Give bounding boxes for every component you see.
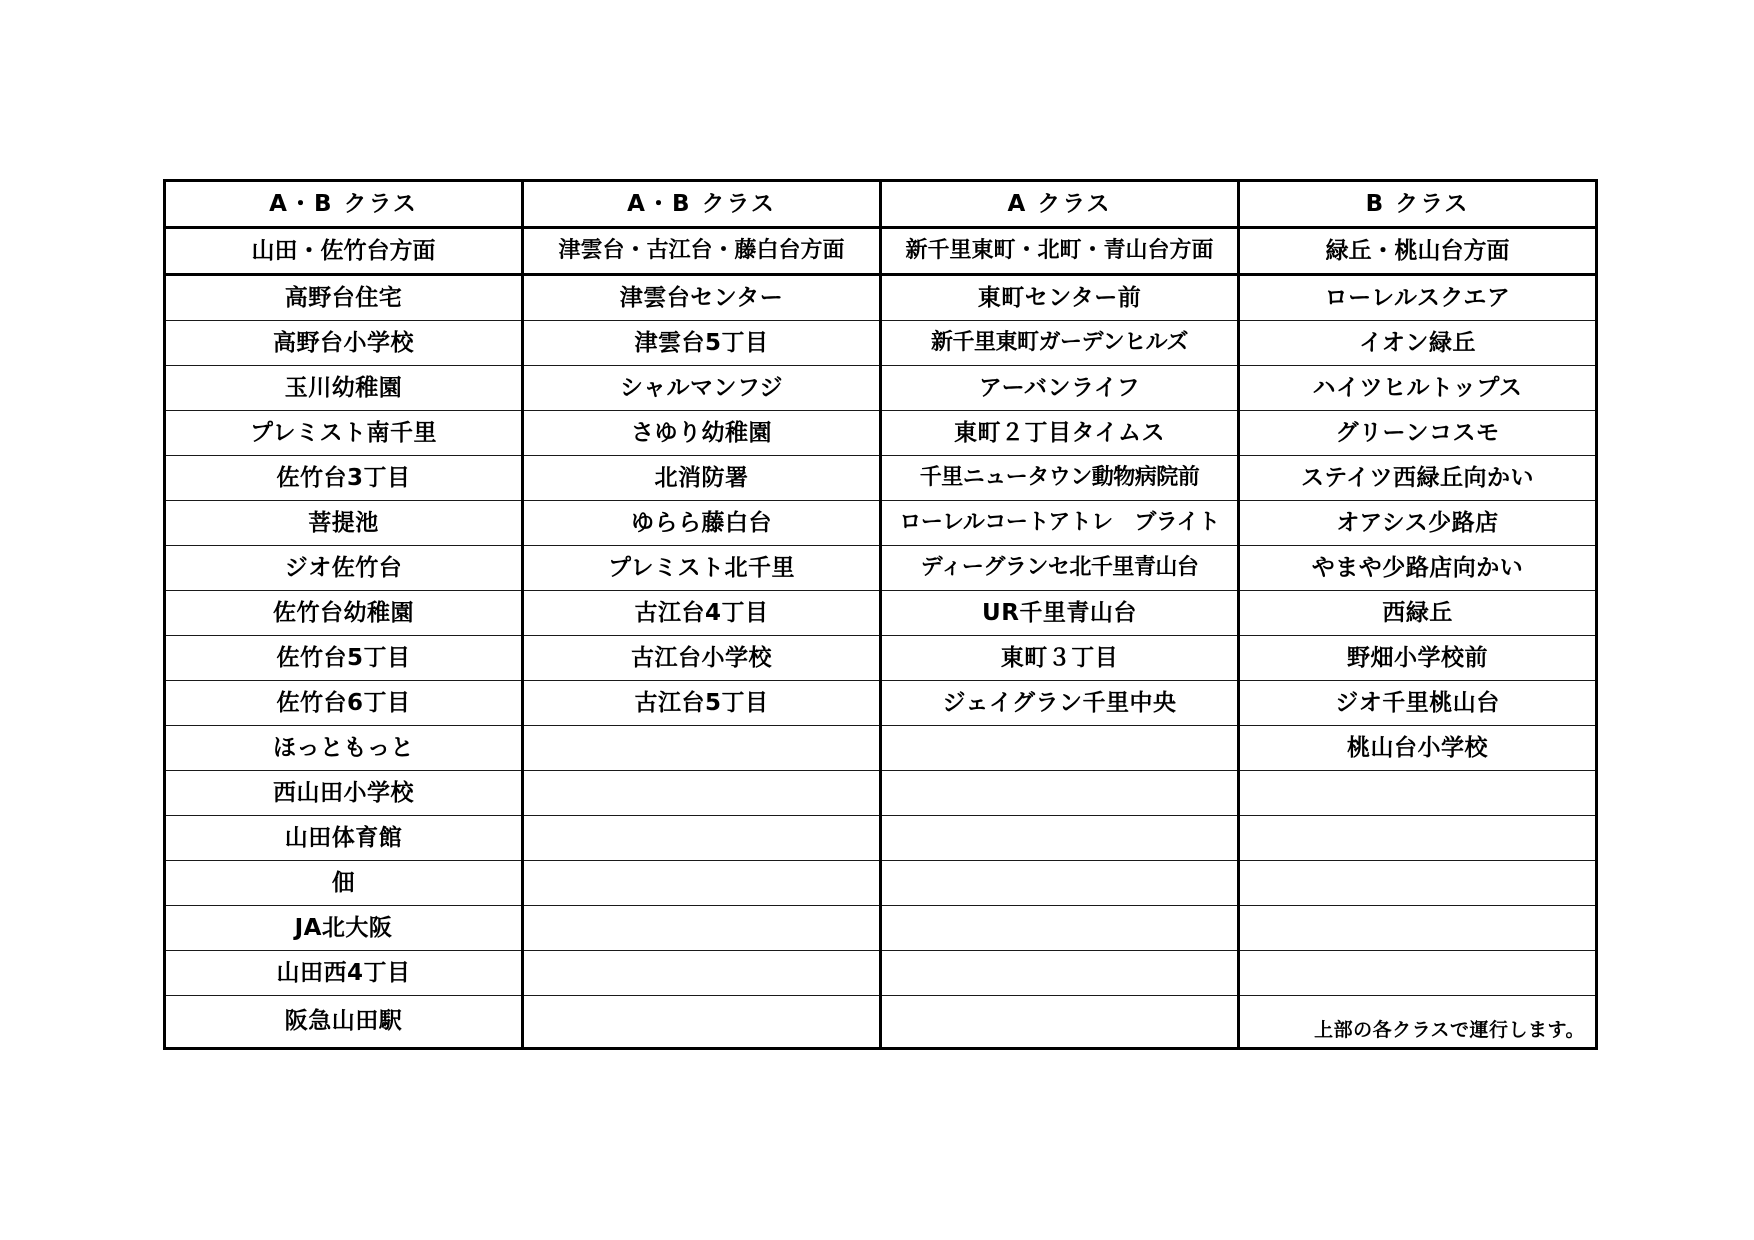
stop-row: 佐竹台6丁目古江台5丁目ジェイグラン千里中央ジオ千里桃山台	[165, 681, 1597, 726]
stop-row: プレミスト南千里さゆり幼稚園東町２丁目タイムスグリーンコスモ	[165, 411, 1597, 456]
stop-row: 玉川幼稚園シャルマンフジアーバンライフハイツヒルトップス	[165, 366, 1597, 411]
stop-cell: 佐竹台幼稚園	[165, 591, 523, 636]
stop-cell: 新千里東町ガーデンヒルズ	[881, 321, 1239, 366]
direction-col-2: 津雲台・古江台・藤白台方面	[523, 228, 881, 275]
stop-cell: 古江台5丁目	[523, 681, 881, 726]
stop-cell: プレミスト北千里	[523, 546, 881, 591]
empty-cell	[1239, 816, 1597, 861]
class-header-col-4: B クラス	[1239, 181, 1597, 228]
direction-header-row: 山田・佐竹台方面 津雲台・古江台・藤白台方面 新千里東町・北町・青山台方面 緑丘…	[165, 228, 1597, 275]
class-header-row: A・B クラス A・B クラス A クラス B クラス	[165, 181, 1597, 228]
stop-cell: 山田西4丁目	[165, 951, 523, 996]
empty-cell	[1239, 951, 1597, 996]
stop-cell: UR千里青山台	[881, 591, 1239, 636]
stop-cell: やまや少路店向かい	[1239, 546, 1597, 591]
stop-cell: 阪急山田駅	[165, 996, 523, 1049]
stop-cell: ほっともっと	[165, 726, 523, 771]
stop-cell: ジオ佐竹台	[165, 546, 523, 591]
empty-cell	[881, 816, 1239, 861]
stop-cell: 千里ニュータウン動物病院前	[881, 456, 1239, 501]
empty-cell	[881, 996, 1239, 1049]
stop-cell: JA北大阪	[165, 906, 523, 951]
direction-col-3: 新千里東町・北町・青山台方面	[881, 228, 1239, 275]
empty-cell	[523, 996, 881, 1049]
stop-cell: 東町２丁目タイムス	[881, 411, 1239, 456]
stop-cell: さゆり幼稚園	[523, 411, 881, 456]
stop-cell: 桃山台小学校	[1239, 726, 1597, 771]
stop-row: 山田西4丁目	[165, 951, 1597, 996]
stop-cell: 北消防署	[523, 456, 881, 501]
stop-row: 佐竹台3丁目北消防署千里ニュータウン動物病院前ステイツ西緑丘向かい	[165, 456, 1597, 501]
stop-cell: ジオ千里桃山台	[1239, 681, 1597, 726]
stop-cell: 山田体育館	[165, 816, 523, 861]
stop-row: 西山田小学校	[165, 771, 1597, 816]
stop-row: 阪急山田駅上部の各クラスで運行します。	[165, 996, 1597, 1049]
stop-cell: イオン緑丘	[1239, 321, 1597, 366]
class-header-col-3: A クラス	[881, 181, 1239, 228]
stop-cell: 佐竹台5丁目	[165, 636, 523, 681]
stop-row: 佐竹台5丁目古江台小学校東町３丁目野畑小学校前	[165, 636, 1597, 681]
empty-cell	[881, 771, 1239, 816]
stop-cell: 玉川幼稚園	[165, 366, 523, 411]
empty-cell	[881, 726, 1239, 771]
stop-cell: 高野台住宅	[165, 275, 523, 321]
stop-cell: オアシス少路店	[1239, 501, 1597, 546]
bus-stop-table: A・B クラス A・B クラス A クラス B クラス 山田・佐竹台方面 津雲台…	[163, 179, 1598, 1050]
stop-row: 高野台住宅津雲台センター東町センター前ローレルスクエア	[165, 275, 1597, 321]
stop-cell: ローレルスクエア	[1239, 275, 1597, 321]
empty-cell	[1239, 906, 1597, 951]
stop-cell: 佃	[165, 861, 523, 906]
stop-cell: 野畑小学校前	[1239, 636, 1597, 681]
empty-cell	[523, 726, 881, 771]
stop-cell: 菩提池	[165, 501, 523, 546]
empty-cell	[881, 861, 1239, 906]
stop-cell: 佐竹台3丁目	[165, 456, 523, 501]
empty-cell	[523, 906, 881, 951]
stop-cell: アーバンライフ	[881, 366, 1239, 411]
stop-cell: 古江台小学校	[523, 636, 881, 681]
stop-row: 佃	[165, 861, 1597, 906]
stop-cell: ステイツ西緑丘向かい	[1239, 456, 1597, 501]
direction-col-1: 山田・佐竹台方面	[165, 228, 523, 275]
empty-cell	[523, 816, 881, 861]
direction-col-4: 緑丘・桃山台方面	[1239, 228, 1597, 275]
stop-cell: シャルマンフジ	[523, 366, 881, 411]
stop-cell: ジェイグラン千里中央	[881, 681, 1239, 726]
stop-cell: プレミスト南千里	[165, 411, 523, 456]
stop-row: 菩提池ゆらら藤白台ローレルコートアトレ ブライトオアシス少路店	[165, 501, 1597, 546]
stop-cell: ローレルコートアトレ ブライト	[881, 501, 1239, 546]
stop-cell: ゆらら藤白台	[523, 501, 881, 546]
stop-cell: 佐竹台6丁目	[165, 681, 523, 726]
class-header-col-1: A・B クラス	[165, 181, 523, 228]
empty-cell	[881, 906, 1239, 951]
stop-cell: ハイツヒルトップス	[1239, 366, 1597, 411]
stop-cell: グリーンコスモ	[1239, 411, 1597, 456]
empty-cell	[523, 771, 881, 816]
operation-note: 上部の各クラスで運行します。	[1239, 996, 1597, 1049]
stop-cell: 津雲台センター	[523, 275, 881, 321]
stop-row: ジオ佐竹台プレミスト北千里ディーグランセ北千里青山台やまや少路店向かい	[165, 546, 1597, 591]
stop-row: ほっともっと桃山台小学校	[165, 726, 1597, 771]
stop-cell: 津雲台5丁目	[523, 321, 881, 366]
empty-cell	[1239, 771, 1597, 816]
empty-cell	[523, 951, 881, 996]
class-header-col-2: A・B クラス	[523, 181, 881, 228]
stop-cell: 高野台小学校	[165, 321, 523, 366]
stop-cell: 西緑丘	[1239, 591, 1597, 636]
empty-cell	[1239, 861, 1597, 906]
empty-cell	[881, 951, 1239, 996]
stop-row: 高野台小学校津雲台5丁目新千里東町ガーデンヒルズイオン緑丘	[165, 321, 1597, 366]
stop-row: 山田体育館	[165, 816, 1597, 861]
stop-cell: 東町３丁目	[881, 636, 1239, 681]
empty-cell	[523, 861, 881, 906]
stop-row: JA北大阪	[165, 906, 1597, 951]
stop-cell: ディーグランセ北千里青山台	[881, 546, 1239, 591]
stop-cell: 古江台4丁目	[523, 591, 881, 636]
stop-cell: 西山田小学校	[165, 771, 523, 816]
stop-cell: 東町センター前	[881, 275, 1239, 321]
stop-row: 佐竹台幼稚園古江台4丁目UR千里青山台西緑丘	[165, 591, 1597, 636]
